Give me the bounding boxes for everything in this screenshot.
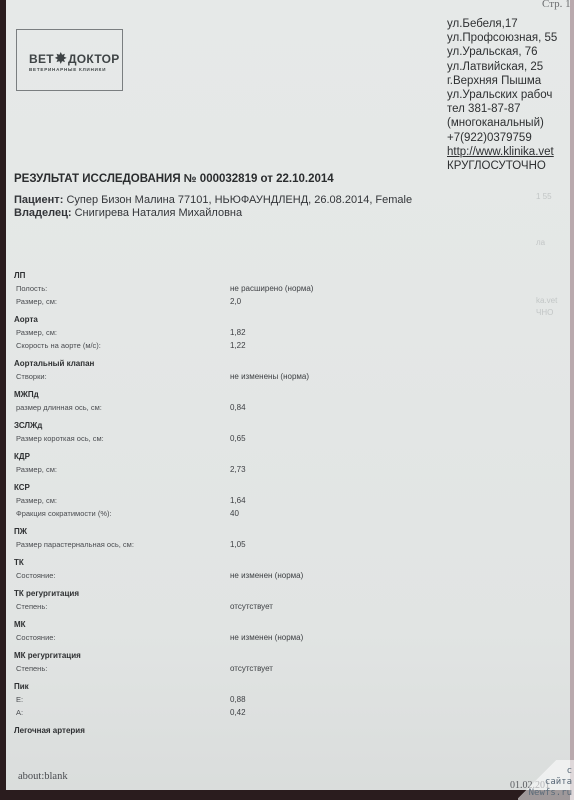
section-title: ПЖ: [14, 526, 554, 538]
contact-line: КРУГЛОСУТОЧНО: [447, 159, 557, 173]
measurement-label: Фракция сократимости (%):: [16, 507, 112, 520]
section-title: Аорта: [14, 314, 554, 326]
measurement-label: Размер, см:: [16, 494, 57, 507]
measurement-value: не изменены (норма): [230, 370, 309, 383]
measurement-label: Размер, см:: [16, 326, 57, 339]
measurement-row: Скорость на аорте (м/с):1,22: [14, 339, 554, 352]
measurement-label: Состояние:: [16, 569, 56, 582]
measurement-value: 0,84: [230, 401, 246, 414]
section-title: КДР: [14, 451, 554, 463]
footer-url: about:blank: [18, 771, 68, 782]
measurement-value: отсутствует: [230, 662, 273, 675]
contact-line: +7(922)0379759: [447, 131, 557, 145]
patient-value: Супер Бизон Малина 77101, НЬЮФАУНДЛЕНД, …: [66, 194, 412, 206]
watermark-line: Newfs.ru: [518, 788, 572, 799]
measurement-sections: ЛППолость:не расширено (норма)Размер, см…: [14, 270, 554, 743]
contact-line: ул.Латвийская, 25: [447, 60, 557, 74]
measurement-row: Состояние:не изменен (норма): [14, 569, 554, 582]
measurement-label: Степень:: [16, 600, 47, 613]
section-title: ТК регургитация: [14, 588, 554, 600]
measurement-value: не изменен (норма): [230, 631, 303, 644]
measurement-value: 1,05: [230, 538, 246, 551]
contact-line: (многоканальный): [447, 116, 557, 130]
measurement-row: E:0,88: [14, 693, 554, 706]
section-title: ЗСЛЖд: [14, 420, 554, 432]
measurement-row: Размер, см:2,73: [14, 463, 554, 476]
measurement-row: Створки:не изменены (норма): [14, 370, 554, 383]
logo-tagline: ВЕТЕРИНАРНЫЕ КЛИНИКИ: [29, 67, 106, 72]
measurement-label: Степень:: [16, 662, 47, 675]
contact-line: г.Верхняя Пышма: [447, 74, 557, 88]
measurement-value: не расширено (норма): [230, 282, 313, 295]
measurement-label: Размер, см:: [16, 295, 57, 308]
printed-report-sheet: Стр. 1 из 2 ВЕТ✸ДОКТОР ВЕТЕРИНАРНЫЕ КЛИН…: [6, 0, 574, 790]
logo-brand-right: ДОКТОР: [68, 52, 120, 66]
star-burst-icon: ✸: [55, 50, 67, 66]
measurement-label: размер длинная ось, см:: [16, 401, 102, 414]
section-title: МК регургитация: [14, 650, 554, 662]
contact-line: ул.Уральская, 76: [447, 45, 557, 59]
measurement-value: 2,0: [230, 295, 241, 308]
measurement-row: Размер, см:1,64: [14, 494, 554, 507]
measurement-row: Фракция сократимости (%):40: [14, 507, 554, 520]
measurement-row: Состояние:не изменен (норма): [14, 631, 554, 644]
measurement-label: Створки:: [16, 370, 47, 383]
contact-line: ул.Профсоюзная, 55: [447, 31, 557, 45]
measurement-row: Размер, см:1,82: [14, 326, 554, 339]
owner-line: Владелец: Снигирева Наталия Михайловна: [14, 207, 242, 219]
measurement-row: Полость:не расширено (норма): [14, 282, 554, 295]
measurement-label: Размер парастернальная ось, см:: [16, 538, 134, 551]
section-title: Легочная артерия: [14, 725, 554, 737]
section-title: МЖПд: [14, 389, 554, 401]
contact-line: ул.Бебеля,17: [447, 17, 557, 31]
measurement-label: E:: [16, 693, 23, 706]
watermark-line: сайта: [518, 777, 572, 788]
measurement-label: Скорость на аорте (м/с):: [16, 339, 101, 352]
measurement-value: не изменен (норма): [230, 569, 303, 582]
section-title: Пик: [14, 681, 554, 693]
owner-value: Снигирева Наталия Михайловна: [75, 207, 243, 219]
logo-wordmark: ВЕТ✸ДОКТОР: [29, 50, 120, 67]
measurement-row: Степень:отсутствует: [14, 600, 554, 613]
report-title: РЕЗУЛЬТАТ ИССЛЕДОВАНИЯ № 000032819 от 22…: [14, 173, 334, 185]
bleed-through-text: ka.vet: [536, 296, 557, 305]
measurement-label: Размер короткая ось, см:: [16, 432, 104, 445]
patient-label: Пациент:: [14, 194, 63, 206]
measurement-value: 1,64: [230, 494, 246, 507]
measurement-value: 1,22: [230, 339, 246, 352]
section-title: МК: [14, 619, 554, 631]
section-title: ЛП: [14, 270, 554, 282]
clinic-contacts: ул.Бебеля,17ул.Профсоюзная, 55ул.Уральск…: [447, 17, 557, 173]
section-title: ТК: [14, 557, 554, 569]
patient-line: Пациент: Супер Бизон Малина 77101, НЬЮФА…: [14, 194, 412, 206]
measurement-row: A:0,42: [14, 706, 554, 719]
section-title: КСР: [14, 482, 554, 494]
contact-line: ул.Уральских рабоч: [447, 88, 557, 102]
contact-line: тел 381-87-87: [447, 102, 557, 116]
watermark-line: с: [518, 766, 572, 777]
bleed-through-text: ЧНО: [536, 308, 553, 317]
bleed-through-text: 1 55: [536, 192, 552, 201]
measurement-row: Степень:отсутствует: [14, 662, 554, 675]
clinic-logo: ВЕТ✸ДОКТОР ВЕТЕРИНАРНЫЕ КЛИНИКИ: [16, 29, 123, 91]
contact-line[interactable]: http://www.klinika.vet: [447, 145, 557, 159]
sheet-edge: [570, 0, 574, 800]
measurement-row: Размер короткая ось, см:0,65: [14, 432, 554, 445]
measurement-value: отсутствует: [230, 600, 273, 613]
measurement-row: размер длинная ось, см:0,84: [14, 401, 554, 414]
measurement-row: Размер парастернальная ось, см:1,05: [14, 538, 554, 551]
measurement-label: Размер, см:: [16, 463, 57, 476]
logo-brand-left: ВЕТ: [29, 52, 54, 66]
measurement-value: 0,65: [230, 432, 246, 445]
measurement-label: A:: [16, 706, 23, 719]
measurement-value: 0,42: [230, 706, 246, 719]
section-gap: [14, 737, 554, 743]
measurement-value: 0,88: [230, 693, 246, 706]
measurement-label: Полость:: [16, 282, 47, 295]
owner-label: Владелец:: [14, 207, 72, 219]
bleed-through-text: ла: [536, 238, 545, 247]
measurement-label: Состояние:: [16, 631, 56, 644]
site-watermark: ссайтаNewfs.ru: [518, 760, 574, 800]
measurement-value: 40: [230, 507, 239, 520]
section-title: Аортальный клапан: [14, 358, 554, 370]
measurement-value: 1,82: [230, 326, 246, 339]
measurement-value: 2,73: [230, 463, 246, 476]
measurement-row: Размер, см:2,0: [14, 295, 554, 308]
